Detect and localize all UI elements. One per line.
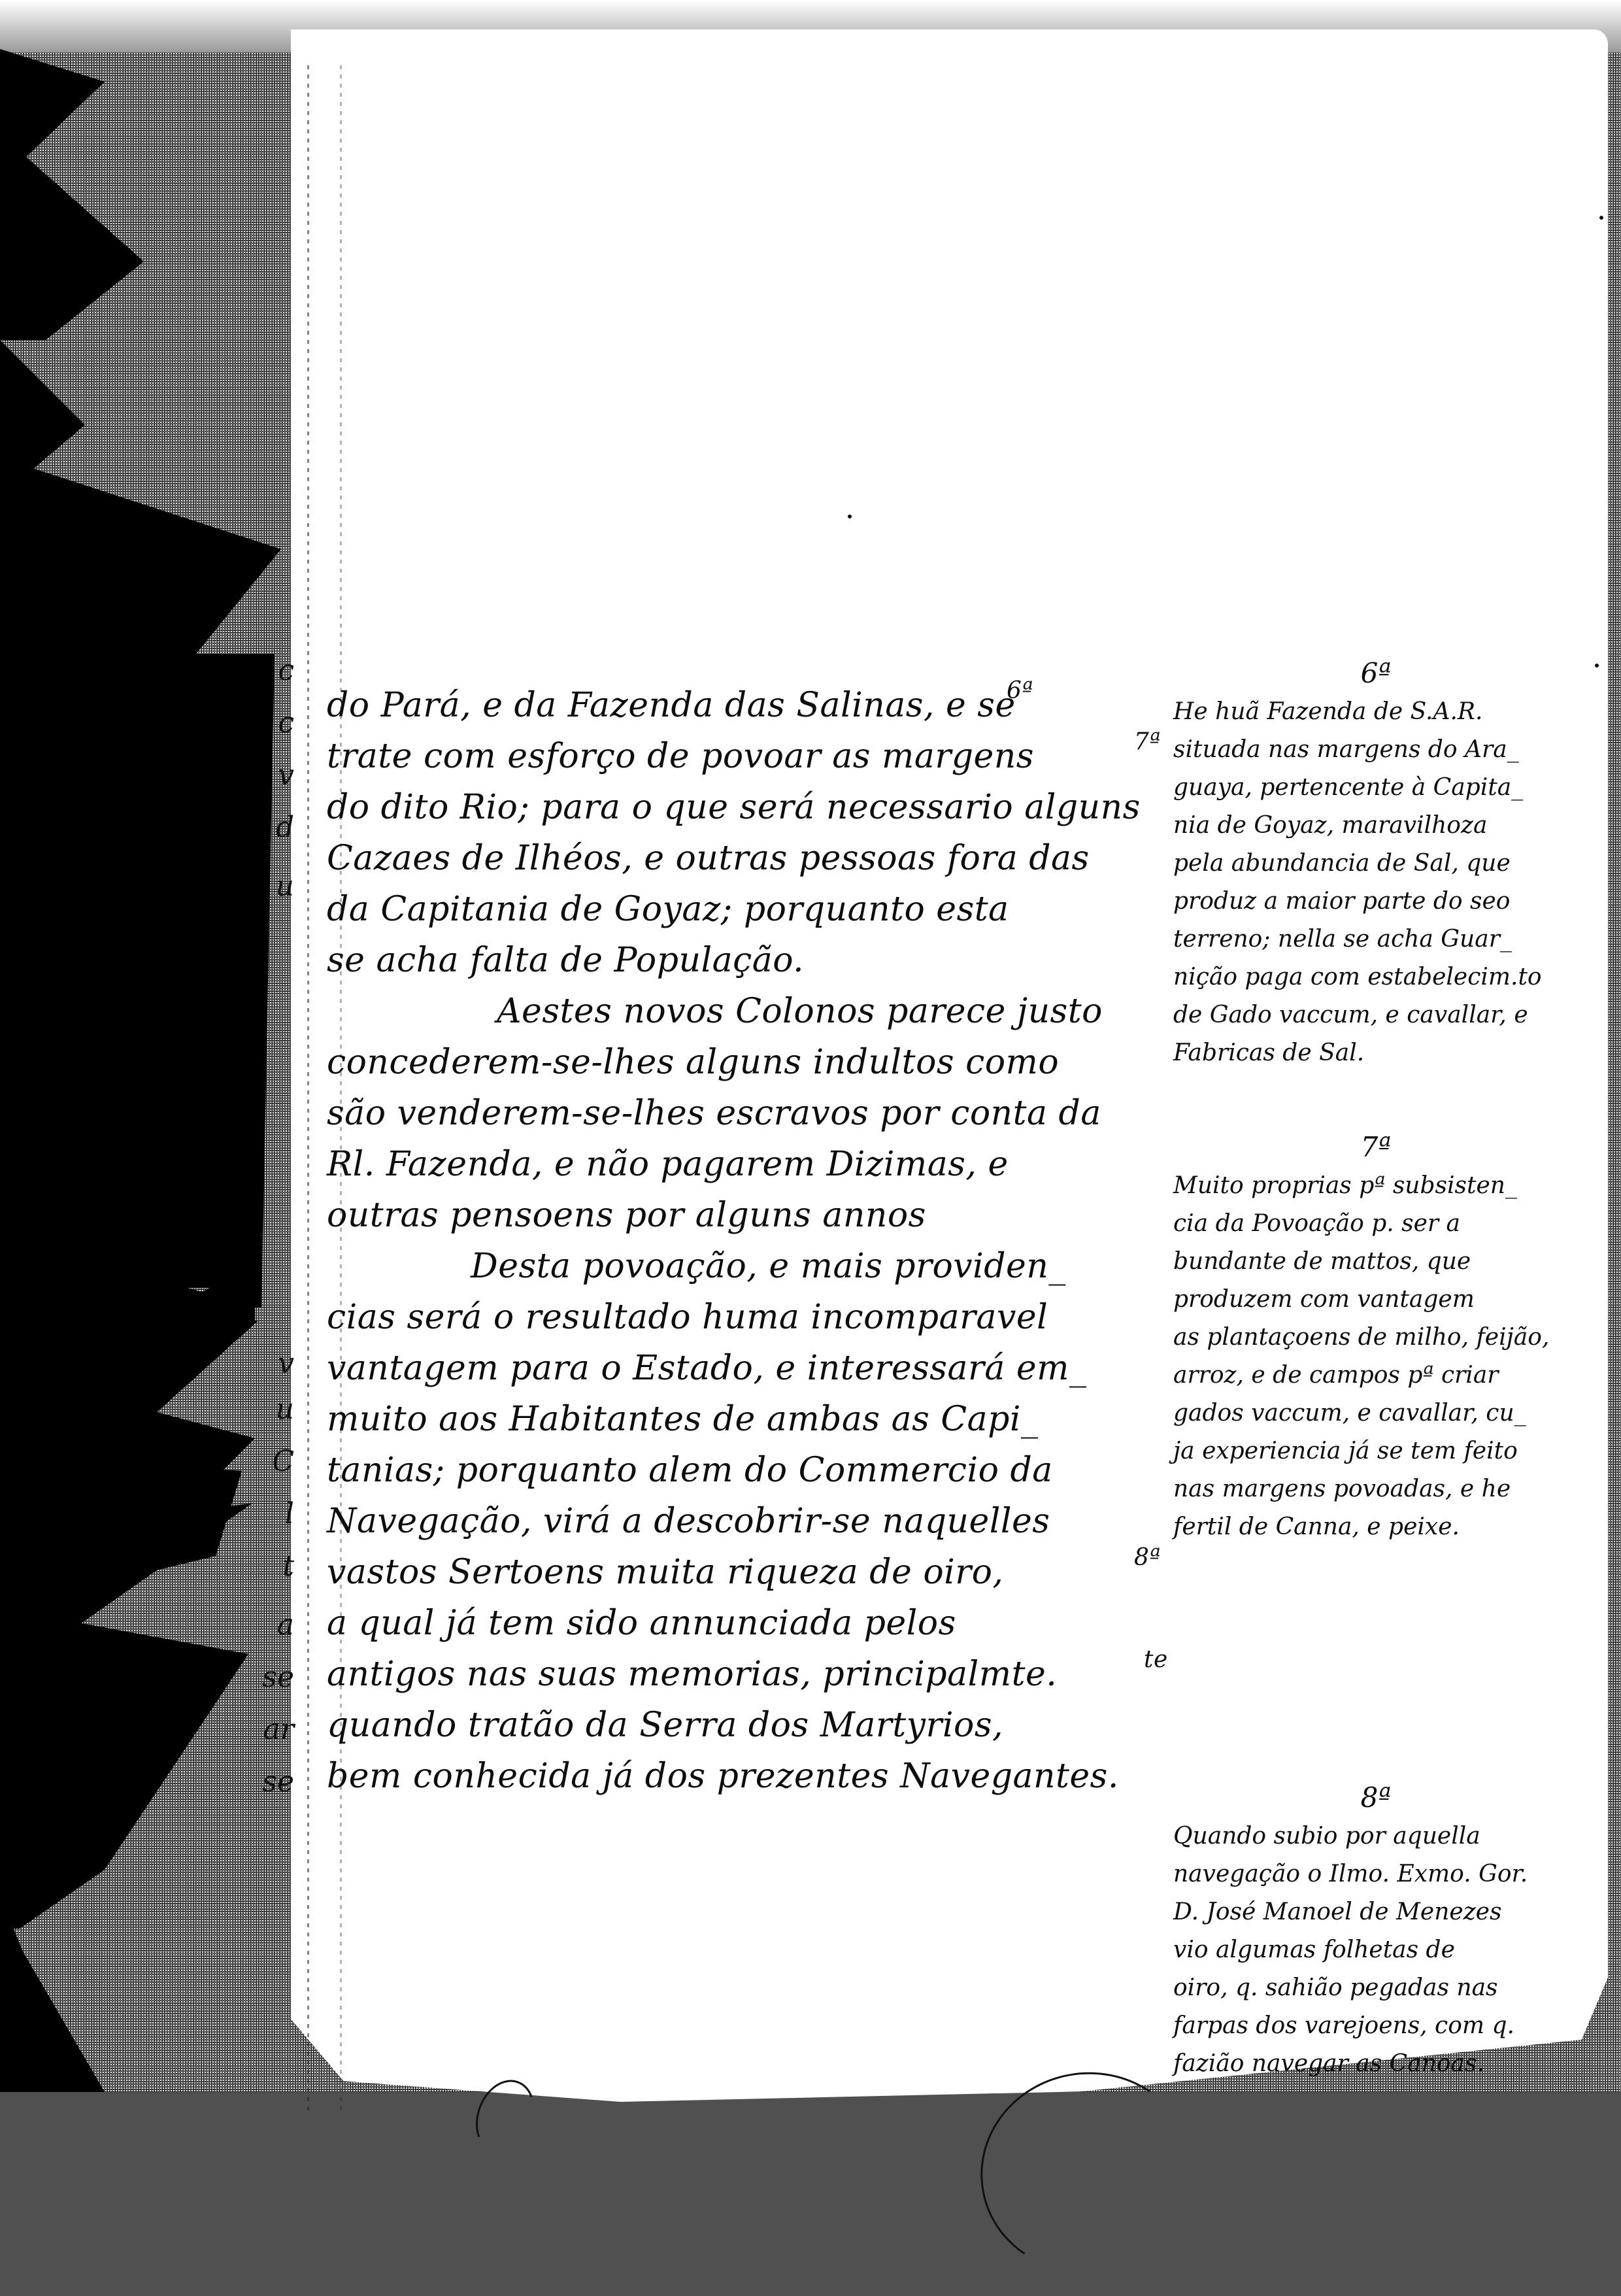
text-line-content: concederem-se-lhes alguns indultos como xyxy=(327,1043,1059,1082)
note-line: He huã Fazenda de S.A.R. xyxy=(1173,693,1579,731)
note-line: D. José Manoel de Menezes xyxy=(1173,1893,1579,1931)
fragment: t xyxy=(248,1549,294,1583)
text-line: Rl. Fazenda, e não pagarem Dizimas, e xyxy=(327,1139,1170,1190)
ink-speck xyxy=(848,515,852,518)
note-line: gados vaccum, e cavallar, cu_ xyxy=(1173,1394,1579,1432)
fragment: se xyxy=(248,1765,294,1798)
text-line-content: Navegação, virá a descobrir-se naquelles xyxy=(327,1502,1050,1541)
note-ref-superscript: 7ª xyxy=(1134,717,1161,768)
text-line-content: Aestes novos Colonos parece justo xyxy=(497,992,1103,1031)
note-line: situada nas margens do Ara_ xyxy=(1173,731,1579,769)
text-line-content: se acha falta de População. xyxy=(327,941,804,980)
text-line-content: vantagem para o Estado, e interessará em… xyxy=(327,1349,1086,1388)
fragment: c xyxy=(248,654,294,687)
fragment: C xyxy=(248,1445,294,1478)
note-line: terreno; nella se acha Guar_ xyxy=(1173,920,1579,958)
text-line: tanias; porquanto alem do Commercio da xyxy=(327,1445,1170,1496)
ink-speck xyxy=(1599,216,1603,220)
text-line-content: do Pará, e da Fazenda das Salinas, e se xyxy=(327,686,1016,725)
abbreviation-superscript: te xyxy=(1144,1634,1168,1685)
note-line: ja experiencia já se tem feito xyxy=(1173,1432,1579,1470)
text-line: vantagem para o Estado, e interessará em… xyxy=(327,1343,1170,1394)
text-line: do dito Rio; para o que será necessario … xyxy=(327,782,1170,833)
margin-note-8: 8ª Quando subio por aquella navegação o … xyxy=(1173,1778,1579,2083)
note-number: 7ª xyxy=(1173,1128,1579,1167)
note-line: oiro, q. sahião pegadas nas xyxy=(1173,1969,1579,2007)
note-line: fertil de Canna, e peixe. xyxy=(1173,1508,1579,1546)
fragment: a xyxy=(248,1608,294,1642)
paragraph-start-line: Desta povoação, e mais providen_ xyxy=(327,1241,1170,1292)
text-line: se acha falta de População. xyxy=(327,935,1170,986)
text-line: cias será o resultado huma incomparavel xyxy=(327,1292,1170,1343)
fragment: l xyxy=(248,1497,294,1530)
text-line-content: outras pensoens por alguns annos xyxy=(327,1196,926,1235)
text-line: trate com esforço de povoar as margens7ª xyxy=(327,731,1170,782)
text-line-content: antigos nas suas memorias, principalmte. xyxy=(327,1655,1057,1694)
note-ref-superscript: 8ª xyxy=(1134,1532,1161,1583)
text-line-content: a qual já tem sido annunciada pelos xyxy=(327,1604,956,1643)
fragment: se xyxy=(248,1661,294,1694)
background-bottom-shadow xyxy=(0,2092,1621,2296)
fragment: v xyxy=(248,1347,294,1380)
fragment: ar xyxy=(248,1713,294,1746)
main-text-column: do Pará, e da Fazenda das Salinas, e se6… xyxy=(327,680,1170,1802)
text-line-content: cias será o resultado huma incomparavel xyxy=(327,1298,1048,1337)
paragraph-start-line: Aestes novos Colonos parece justo xyxy=(327,986,1170,1037)
text-line: Cazaes de Ilhéos, e outras pessoas fora … xyxy=(327,833,1170,884)
note-line: bundante de mattos, que xyxy=(1173,1243,1579,1281)
margin-note-7: 7ª Muito proprias pª subsisten_ cia da P… xyxy=(1173,1128,1579,1546)
text-line: a qual já tem sido annunciada pelos xyxy=(327,1598,1170,1649)
margin-note-6: 6ª He huã Fazenda de S.A.R. situada nas … xyxy=(1173,654,1579,1072)
note-line: as plantaçoens de milho, feijão, xyxy=(1173,1319,1579,1357)
note-line: Quando subio por aquella xyxy=(1173,1817,1579,1855)
text-line-content: do dito Rio; para o que será necessario … xyxy=(327,788,1141,827)
text-line-content: são venderem-se-lhes escravos por conta … xyxy=(327,1094,1101,1133)
text-line: antigos nas suas memorias, principalmte.… xyxy=(327,1649,1170,1700)
note-line: vio algumas folhetas de xyxy=(1173,1931,1579,1969)
note-line: farpas dos varejoens, com q. xyxy=(1173,2007,1579,2045)
note-line: Fabricas de Sal. xyxy=(1173,1034,1579,1072)
text-line: quando tratão da Serra dos Martyrios, xyxy=(327,1700,1170,1751)
note-line: cia da Povoação p. ser a xyxy=(1173,1205,1579,1243)
text-line-content: Cazaes de Ilhéos, e outras pessoas fora … xyxy=(327,839,1090,878)
fragment: v xyxy=(248,758,294,792)
note-line: nição paga com estabelecim.to xyxy=(1173,958,1579,996)
text-line: são venderem-se-lhes escravos por conta … xyxy=(327,1088,1170,1139)
text-line-content: tanias; porquanto alem do Commercio da xyxy=(327,1451,1053,1490)
text-line-content: bem conhecida já dos prezentes Navegante… xyxy=(327,1757,1119,1796)
text-line: muito aos Habitantes de ambas as Capi_ xyxy=(327,1394,1170,1445)
note-number: 6ª xyxy=(1173,654,1579,693)
note-line: produz a maior parte do seo xyxy=(1173,883,1579,920)
fragment: u xyxy=(248,1393,294,1426)
note-line: pela abundancia de Sal, que xyxy=(1173,845,1579,883)
note-line: arroz, e de campos pª criar xyxy=(1173,1357,1579,1394)
text-line-content: muito aos Habitantes de ambas as Capi_ xyxy=(327,1400,1039,1439)
text-line: concederem-se-lhes alguns indultos como xyxy=(327,1037,1170,1088)
note-line: de Gado vaccum, e cavallar, e xyxy=(1173,996,1579,1034)
facing-page-fragments: c c v d u v u C l t a se ar se xyxy=(248,654,294,1961)
text-line-content: vastos Sertoens muita riqueza de oiro, xyxy=(327,1553,1003,1592)
text-line: Navegação, virá a descobrir-se naquelles xyxy=(327,1496,1170,1547)
text-line-content: Desta povoação, e mais providen_ xyxy=(471,1247,1066,1286)
fragment: d xyxy=(248,811,294,844)
note-line: produzem com vantagem xyxy=(1173,1281,1579,1319)
text-line: do Pará, e da Fazenda das Salinas, e se6… xyxy=(327,680,1170,731)
note-line: fazião navegar as Canoas. xyxy=(1173,2045,1579,2083)
text-line: da Capitania de Goyaz; porquanto esta xyxy=(327,884,1170,935)
text-line: outras pensoens por alguns annos xyxy=(327,1190,1170,1241)
fragment: c xyxy=(248,706,294,739)
text-line-content: trate com esforço de povoar as margens xyxy=(327,737,1034,776)
ink-speck xyxy=(1595,664,1599,667)
note-line: nia de Goyaz, maravilhoza xyxy=(1173,807,1579,845)
note-line: guaya, pertencente à Capita_ xyxy=(1173,769,1579,807)
fragment: u xyxy=(248,869,294,903)
text-line: vastos Sertoens muita riqueza de oiro,8ª xyxy=(327,1547,1170,1598)
note-line: nas margens povoadas, e he xyxy=(1173,1470,1579,1508)
text-line-content: Rl. Fazenda, e não pagarem Dizimas, e xyxy=(327,1145,1009,1184)
note-line: navegação o Ilmo. Exmo. Gor. xyxy=(1173,1855,1579,1893)
note-line: Muito proprias pª subsisten_ xyxy=(1173,1167,1579,1205)
text-line: bem conhecida já dos prezentes Navegante… xyxy=(327,1751,1170,1802)
page-gutter-line xyxy=(307,65,309,2112)
text-line-content: da Capitania de Goyaz; porquanto esta xyxy=(327,890,1009,929)
note-number: 8ª xyxy=(1173,1778,1579,1817)
note-ref-superscript: 6ª xyxy=(1007,666,1033,717)
text-line-content: quando tratão da Serra dos Martyrios, xyxy=(327,1706,1003,1745)
